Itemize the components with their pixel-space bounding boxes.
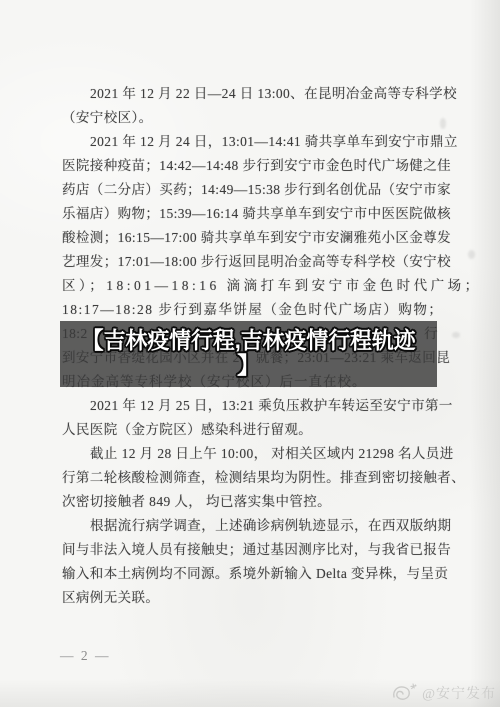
banner-title-line2: 】 [237, 352, 260, 378]
scan-smudge [440, 118, 446, 129]
text-line: 区）；18:01—18:16 滴滴打车到安宁市金色时代广场； [62, 274, 438, 298]
text-line: 人民医院（金方院区）感染科进行留观。 [62, 418, 438, 442]
text-line: 2021 年 12 月 22 日—24 日 13:00、在昆明冶金高等专科学校 [62, 82, 438, 106]
watermark: @安宁发布 [389, 680, 496, 706]
text-line: 医院接种疫苗；14:42—14:48 步行到安宁市金色时代广场健之佳 [62, 154, 438, 178]
scanned-document-page: 2021 年 12 月 22 日—24 日 13:00、在昆明冶金高等专科学校（… [0, 0, 500, 707]
text-line: 行第二轮核酸检测筛查，检测结果均为阴性。排查到密切接触者、 [62, 466, 438, 490]
epidemic-overlay-banner: 【吉林疫情行程,吉林疫情行程轨迹 】 [60, 321, 437, 387]
text-line: 酸检测；16:15—17:00 骑共享单车到安宁市安澜雅苑小区金尊发 [62, 226, 438, 250]
text-line: 根据流行病学调查，上述确诊病例轨迹显示，在西双版纳期 [62, 514, 438, 538]
text-line: 艺理发；17:01—18:00 步行返回昆明冶金高等专科学校（安宁校 [62, 250, 438, 274]
banner-title-line1: 【吉林疫情行程,吉林疫情行程轨迹 [82, 325, 416, 355]
scan-smudge [452, 332, 460, 338]
text-line: 输入和本土病例均不同源。系境外新输入 Delta 变异株，与呈贡 [62, 562, 438, 586]
text-line: 区病例无关联。 [62, 586, 438, 610]
watermark-handle: @安宁发布 [422, 683, 496, 703]
text-line: 次密切接触者 849 人， 均已落实集中管控。 [62, 490, 438, 514]
text-line: 截止 12 月 28 日上午 10:00， 对相关区域内 21298 名人员进 [62, 442, 438, 466]
text-line: 18:17—18:28 步行到嘉华饼屋（金色时代广场店）购物； [62, 298, 438, 322]
page-number: — 2 — [60, 646, 111, 666]
text-line: 2021 年 12 月 25 日，13:21 乘负压救护车转运至安宁市第一 [62, 394, 438, 418]
text-line: 乐福店）购物；15:39—16:14 骑共享单车到安宁市中医医院做核 [62, 202, 438, 226]
text-line: 药店（二分店）买药；14:49—15:38 步行到名创优品（安宁市家 [62, 178, 438, 202]
scan-smudge [468, 250, 475, 259]
text-line: 2021 年 12 月 24 日，13:01—14:41 骑共享单车到安宁市鼎立 [62, 130, 438, 154]
text-line: 间与非法入境人员有接触史；通过基因测序比对，与我省已报告 [62, 538, 438, 562]
text-line: （安宁校区）。 [62, 106, 438, 130]
scribble-spiral-logo-icon [389, 681, 419, 705]
